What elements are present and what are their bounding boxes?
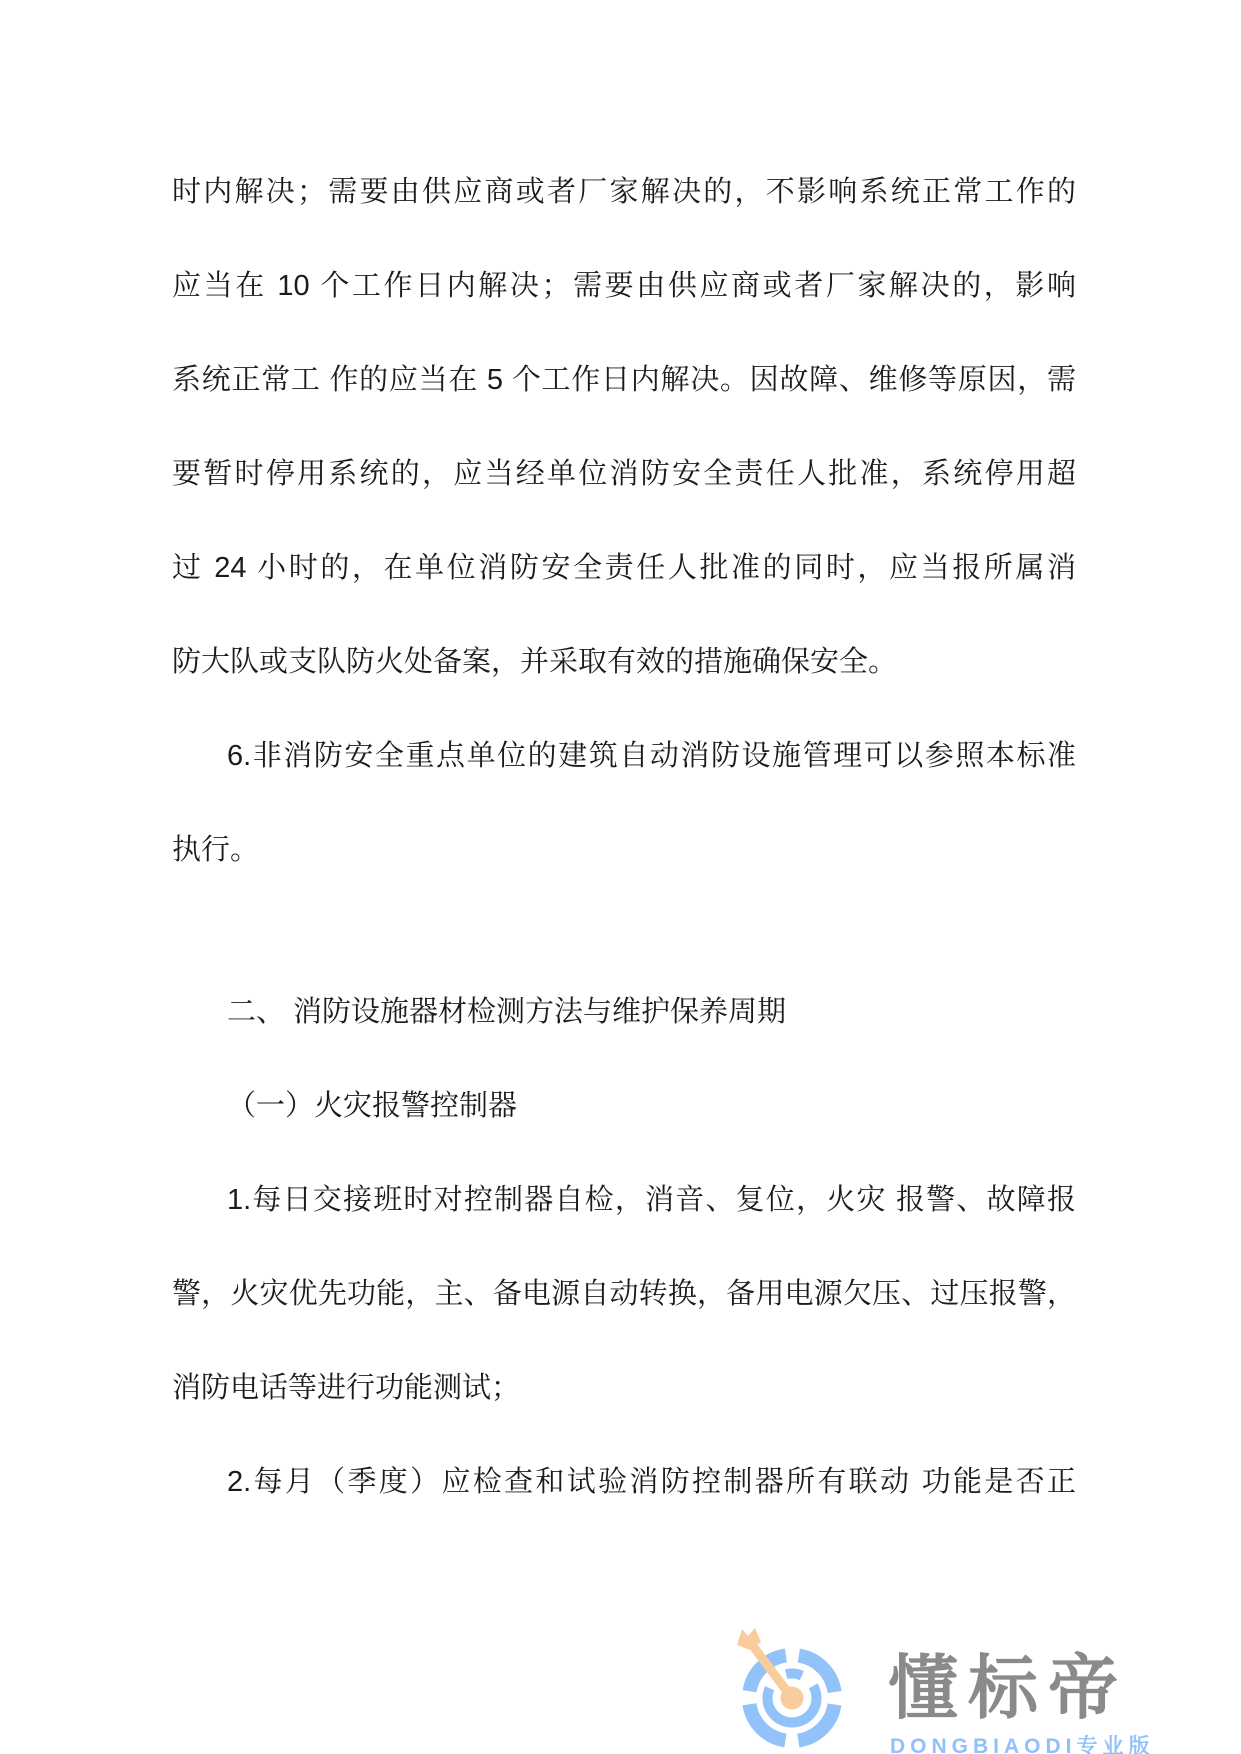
- paragraph-continued: 时内解决；需要由供应商或者厂家解决的，不影响系统正常工作的应当在 10 个工作日…: [172, 145, 1076, 709]
- text-line: 二、 消防设施器材检测方法与维护保养周期: [172, 965, 1076, 1059]
- document-body: 时内解决；需要由供应商或者厂家解决的，不影响系统正常工作的应当在 10 个工作日…: [172, 145, 1076, 1529]
- text-line: 执行。: [172, 803, 1076, 897]
- paragraph-item-6: 6.非消防安全重点单位的建筑自动消防设施管理可以参照本标准执行。: [172, 709, 1076, 897]
- text-line: 防大队或支队防火处备案，并采取有效的措施确保安全。: [172, 615, 1076, 709]
- text-line: （一）火灾报警控制器: [172, 1059, 1076, 1153]
- text-line: 6.非消防安全重点单位的建筑自动消防设施管理可以参照本标准: [172, 709, 1076, 803]
- text-line: 应当在 10 个工作日内解决；需要由供应商或者厂家解决的，影响: [172, 239, 1076, 333]
- logo-bullseye-center: [781, 1687, 804, 1710]
- text-line: 要暂时停用系统的，应当经单位消防安全责任人批准，系统停用超: [172, 427, 1076, 521]
- brand-name-cn: 懂标帝: [888, 1650, 1128, 1726]
- brand-latin-name: DONGBIAODI: [890, 1735, 1077, 1754]
- text-line: 2.每月（季度）应检查和试验消防控制器所有联动 功能是否正: [172, 1435, 1076, 1529]
- document-page: 时内解决；需要由供应商或者厂家解决的，不影响系统正常工作的应当在 10 个工作日…: [0, 0, 1241, 1754]
- brand-watermark: 懂标帝 DONGBIAODI专业版: [728, 1628, 1198, 1754]
- text-line: 警，火灾优先功能，主、备电源自动转换，备用电源欠压、过压报警，: [172, 1247, 1076, 1341]
- subsection-heading-1: （一）火灾报警控制器: [172, 1059, 1076, 1153]
- paragraph-item-2: 2.每月（季度）应检查和试验消防控制器所有联动 功能是否正: [172, 1435, 1076, 1529]
- paragraph-item-1: 1.每日交接班时对控制器自检，消音、复位，火灾 报警、故障报警，火灾优先功能，主…: [172, 1153, 1076, 1435]
- text-line: 1.每日交接班时对控制器自检，消音、复位，火灾 报警、故障报: [172, 1153, 1076, 1247]
- text-line: 消防电话等进行功能测试；: [172, 1341, 1076, 1435]
- text-line: 系统正常工 作的应当在 5 个工作日内解决。因故障、维修等原因，需: [172, 333, 1076, 427]
- text-line: 过 24 小时的，在单位消防安全责任人批准的同时，应当报所属消: [172, 521, 1076, 615]
- section-heading-2: 二、 消防设施器材检测方法与维护保养周期: [172, 965, 1076, 1059]
- target-arrow-logo-icon: [734, 1628, 854, 1754]
- brand-tagline: DONGBIAODI专业版: [890, 1736, 1155, 1754]
- text-line: 时内解决；需要由供应商或者厂家解决的，不影响系统正常工作的: [172, 145, 1076, 239]
- brand-edition-label: 专业版: [1077, 1735, 1155, 1754]
